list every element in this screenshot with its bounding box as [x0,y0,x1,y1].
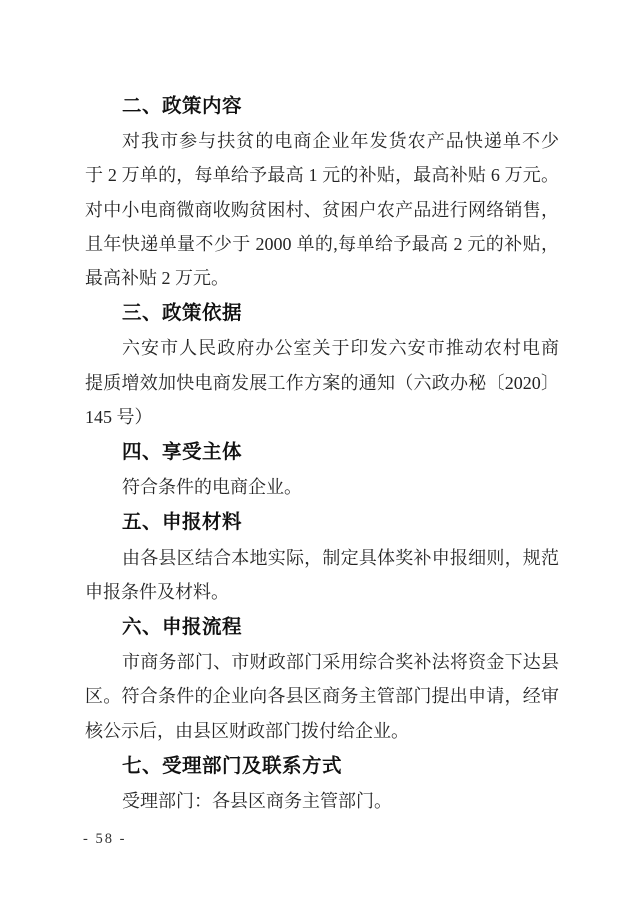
section-heading: 四、享受主体 [85,436,559,470]
page-number: - 58 - [83,831,126,848]
text-line: 对我市参与扶贫的电商企业年发货农产品快递单不少 [85,124,559,158]
text-line: 核公示后，由县区财政部门拨付给企业。 [85,714,559,748]
section-heading: 二、政策内容 [85,90,559,124]
text-line: 于 2 万单的，每单给予最高 1 元的补贴，最高补贴 6 万元。 [85,158,559,192]
section-heading: 七、受理部门及联系方式 [85,750,559,784]
section-heading: 六、申报流程 [85,611,559,645]
text-line: 区。符合条件的企业向各县区商务主管部门提出申请，经审 [85,679,559,713]
text-line: 145 号） [85,400,559,434]
text-line: 市商务部门、市财政部门采用综合奖补法将资金下达县 [85,645,559,679]
text-line: 最高补贴 2 万元。 [85,261,559,295]
text-line: 提质增效加快电商发展工作方案的通知（六政办秘〔2020〕 [85,366,559,400]
text-line: 六安市人民政府办公室关于印发六安市推动农村电商 [85,331,559,365]
document-body: 二、政策内容对我市参与扶贫的电商企业年发货农产品快递单不少于 2 万单的，每单给… [85,88,559,818]
text-line: 符合条件的电商企业。 [85,470,559,504]
text-line: 受理部门：各县区商务主管部门。 [85,784,559,818]
text-line: 对中小电商微商收购贫困村、贫困户农产品进行网络销售， [85,193,559,227]
text-line: 申报条件及材料。 [85,575,559,609]
text-line: 且年快递单量不少于 2000 单的,每单给予最高 2 元的补贴， [85,227,559,261]
section-heading: 五、申报材料 [85,506,559,540]
section-heading: 三、政策依据 [85,297,559,331]
text-line: 由各县区结合本地实际，制定具体奖补申报细则，规范 [85,541,559,575]
document-page: 二、政策内容对我市参与扶贫的电商企业年发货农产品快递单不少于 2 万单的，每单给… [0,0,642,907]
